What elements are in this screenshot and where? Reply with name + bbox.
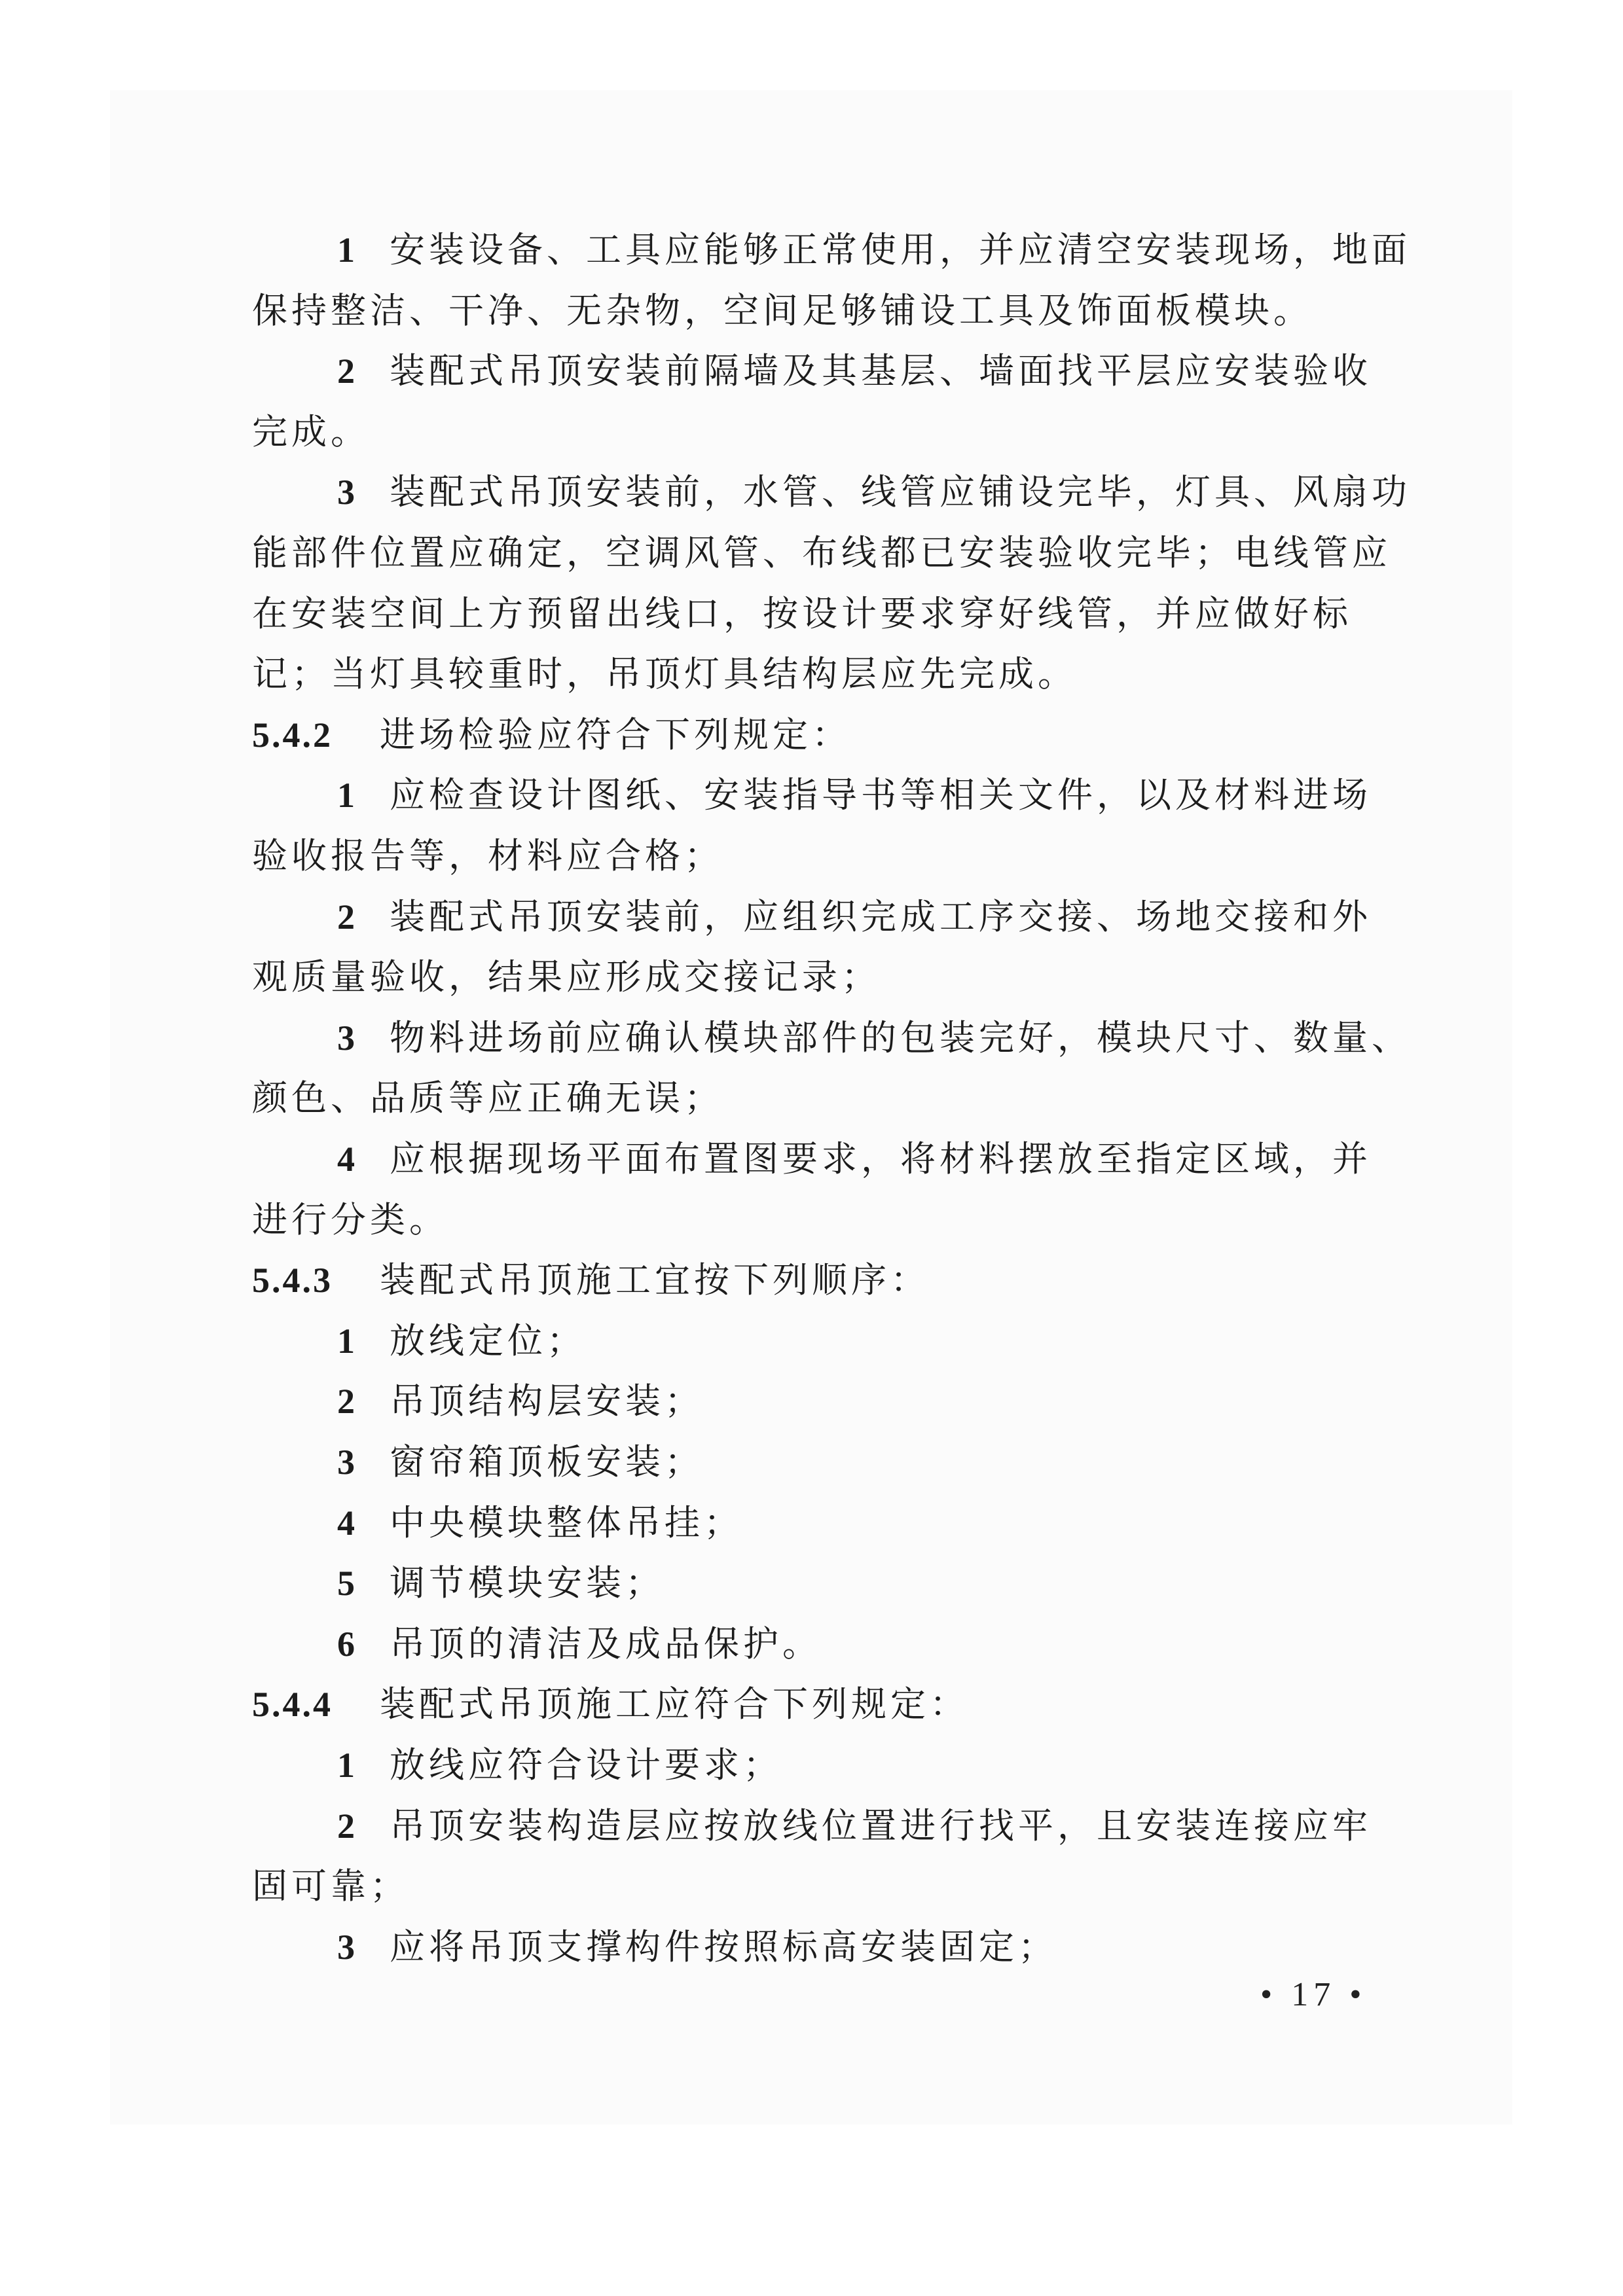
list-item: 5调节模块安装； (337, 1564, 665, 1603)
line-text: 装配式吊顶施工宜按下列顺序： (380, 1259, 930, 1300)
list-item: 4应根据现场平面布置图要求，将材料摆放至指定区域，并 (337, 1139, 1372, 1179)
section-clause: 5.4.2进场检验应符合下列规定： (252, 715, 851, 755)
line-text: 能部件位置应确定，空调风管、布线都已安装验收完毕；电线管应 (252, 532, 1391, 573)
continuation-line: 固可靠； (252, 1867, 409, 1906)
line-text: 在安装空间上方预留出线口，按设计要求穿好线管，并应做好标 (252, 593, 1352, 634)
line-text: 完成。 (252, 411, 370, 452)
line-text: 装配式吊顶安装前，应组织完成工序交接、场地交接和外 (390, 896, 1372, 937)
item-number: 5 (337, 1564, 390, 1603)
item-number: 1 (337, 1321, 390, 1361)
line-text: 应将吊顶支撑构件按照标高安装固定； (390, 1926, 1057, 1967)
item-number: 4 (337, 1503, 390, 1543)
list-item: 2吊顶结构层安装； (337, 1382, 704, 1421)
list-item: 3装配式吊顶安装前，水管、线管应铺设完毕，灯具、风扇功 (337, 473, 1411, 512)
item-number: 1 (337, 776, 390, 815)
item-number: 2 (337, 897, 390, 937)
line-text: 装配式吊顶安装前隔墙及其基层、墙面找平层应安装验收 (390, 350, 1372, 391)
continuation-line: 完成。 (252, 412, 370, 452)
clause-number: 5.4.3 (252, 1261, 380, 1300)
item-number: 3 (337, 473, 390, 512)
list-item: 6吊顶的清洁及成品保护。 (337, 1624, 822, 1664)
page-number: • 17 • (1260, 1975, 1366, 2014)
line-text: 应检查设计图纸、安装指导书等相关文件，以及材料进场 (390, 774, 1372, 816)
continuation-line: 保持整洁、干净、无杂物，空间足够铺设工具及饰面板模块。 (252, 291, 1313, 331)
item-number: 2 (337, 351, 390, 391)
list-item: 1放线应符合设计要求； (337, 1746, 782, 1785)
list-item: 3应将吊顶支撑构件按照标高安装固定； (337, 1928, 1057, 1967)
item-number: 4 (337, 1139, 390, 1179)
line-text: 吊顶安装构造层应按放线位置进行找平，且安装连接应牢 (390, 1805, 1372, 1846)
list-item: 1应检查设计图纸、安装指导书等相关文件，以及材料进场 (337, 776, 1372, 815)
continuation-line: 记；当灯具较重时，吊顶灯具结构层应先完成。 (252, 655, 1077, 694)
section-clause: 5.4.4装配式吊顶施工应符合下列规定： (252, 1685, 969, 1724)
line-text: 安装设备、工具应能够正常使用，并应清空安装现场，地面 (390, 229, 1411, 270)
clause-number: 5.4.2 (252, 715, 380, 755)
section-clause: 5.4.3装配式吊顶施工宜按下列顺序： (252, 1261, 930, 1300)
line-text: 观质量验收，结果应形成交接记录； (252, 956, 881, 997)
line-text: 记；当灯具较重时，吊顶灯具结构层应先完成。 (252, 653, 1077, 694)
line-text: 放线应符合设计要求； (390, 1744, 782, 1785)
item-number: 2 (337, 1806, 390, 1846)
line-text: 装配式吊顶施工应符合下列规定： (380, 1683, 969, 1725)
line-text: 保持整洁、干净、无杂物，空间足够铺设工具及饰面板模块。 (252, 290, 1313, 331)
line-text: 验收报告等，材料应合格； (252, 835, 723, 876)
item-number: 2 (337, 1382, 390, 1421)
line-text: 物料进场前应确认模块部件的包装完好，模块尺寸、数量、 (390, 1017, 1411, 1058)
line-text: 中央模块整体吊挂； (390, 1502, 743, 1543)
item-number: 3 (337, 1018, 390, 1058)
list-item: 2吊顶安装构造层应按放线位置进行找平，且安装连接应牢 (337, 1806, 1372, 1846)
continuation-line: 能部件位置应确定，空调风管、布线都已安装验收完毕；电线管应 (252, 533, 1391, 573)
line-text: 固可靠； (252, 1865, 409, 1907)
item-number: 1 (337, 1746, 390, 1785)
line-text: 调节模块安装； (390, 1562, 665, 1604)
item-number: 6 (337, 1624, 390, 1664)
list-item: 1安装设备、工具应能够正常使用，并应清空安装现场，地面 (337, 230, 1411, 270)
continuation-line: 颜色、品质等应正确无误； (252, 1079, 723, 1118)
item-number: 1 (337, 230, 390, 270)
list-item: 3窗帘箱顶板安装； (337, 1443, 704, 1482)
line-text: 进行分类。 (252, 1199, 448, 1240)
list-item: 2装配式吊顶安装前隔墙及其基层、墙面找平层应安装验收 (337, 351, 1372, 391)
list-item: 3物料进场前应确认模块部件的包装完好，模块尺寸、数量、 (337, 1018, 1411, 1058)
item-number: 3 (337, 1443, 390, 1482)
continuation-line: 验收报告等，材料应合格； (252, 836, 723, 876)
line-text: 颜色、品质等应正确无误； (252, 1077, 723, 1119)
list-item: 1放线定位； (337, 1321, 586, 1361)
list-item: 4中央模块整体吊挂； (337, 1503, 743, 1543)
continuation-line: 观质量验收，结果应形成交接记录； (252, 958, 881, 997)
clause-number: 5.4.4 (252, 1685, 380, 1724)
line-text: 放线定位； (390, 1320, 586, 1361)
continuation-line: 进行分类。 (252, 1200, 448, 1240)
continuation-line: 在安装空间上方预留出线口，按设计要求穿好线管，并应做好标 (252, 594, 1352, 634)
line-text: 装配式吊顶安装前，水管、线管应铺设完毕，灯具、风扇功 (390, 471, 1411, 512)
line-text: 吊顶结构层安装； (390, 1380, 704, 1422)
line-text: 窗帘箱顶板安装； (390, 1441, 704, 1482)
line-text: 进场检验应符合下列规定： (380, 714, 851, 755)
line-text: 吊顶的清洁及成品保护。 (390, 1623, 822, 1664)
item-number: 3 (337, 1928, 390, 1967)
line-text: 应根据现场平面布置图要求，将材料摆放至指定区域，并 (390, 1138, 1372, 1179)
list-item: 2装配式吊顶安装前，应组织完成工序交接、场地交接和外 (337, 897, 1372, 937)
